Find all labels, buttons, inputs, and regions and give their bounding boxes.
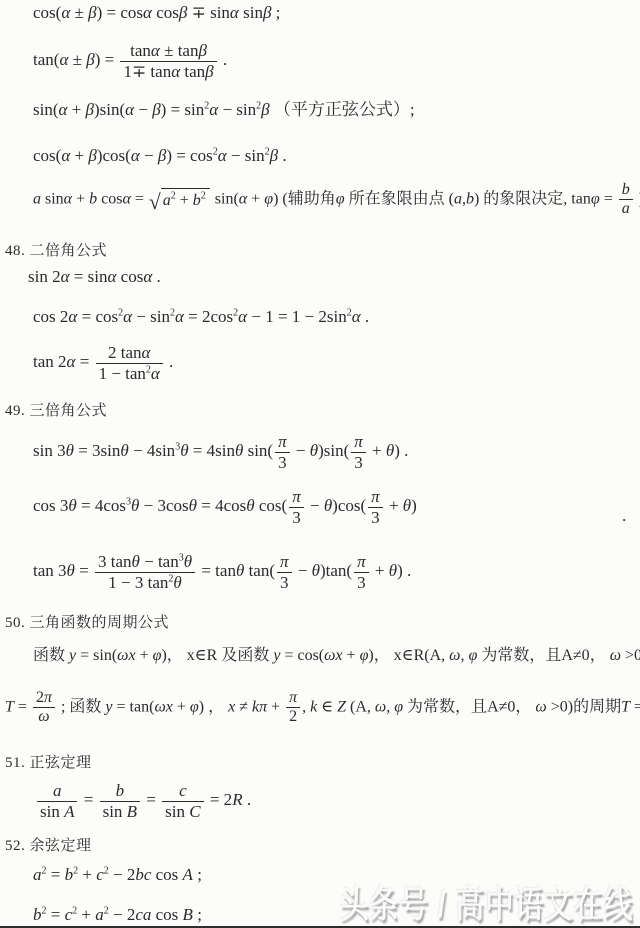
formula-tan-sum-diff: tan(α ± β) = tanα ± tanβ1∓ tanα tanβ . [33,41,227,81]
formula-sine-rule: asin A = bsin B = csin C = 2R . [35,781,251,821]
fraction: 3 tanθ − tan3θ1 − 3 tan2θ [95,552,195,592]
formula-sin-3t: sin 3θ = 3sinθ − 4sin3θ = 4sinθ sin(π3 −… [33,432,408,472]
fraction: π2 [286,689,300,727]
formula-cosine-rule-b: b2 = c2 + a2 − 2ca cos B ; [33,904,202,926]
fraction: bsin B [100,781,140,821]
heading-49-triple-angle: 49. 三倍角公式 [5,400,107,422]
watermark: 头条号 / 高中语文在线 [340,874,633,928]
heading-51-sine-rule: 51. 正弦定理 [5,752,92,774]
fraction: ba [619,181,633,219]
superscript: 2 [201,191,206,202]
fraction: asin A [37,781,77,821]
fraction: π3 [275,432,290,472]
formula-tan-3t: tan 3θ = 3 tanθ − tan3θ1 − 3 tan2θ = tan… [33,552,411,592]
heading-52-cosine-rule: 52. 余弦定理 [5,835,92,857]
trailing-period-cos-3t: . [622,505,626,527]
document-page: cos(α ± β) = cosα cosβ ∓ sinα sinβ ;tan(… [0,0,640,928]
radical-icon: √ [149,192,161,214]
square-root: √a2 + b2 [149,188,210,212]
formula-tan-2a: tan 2α = 2 tanα1 − tan2α . [33,343,173,383]
fraction: π3 [277,552,292,592]
heading-50-period-formulas: 50. 三角函数的周期公式 [5,612,169,634]
fraction: 2πω [33,689,55,727]
fraction: 2 tanα1 − tan2α [96,343,163,383]
fraction: π3 [354,552,369,592]
formula-cos-2a: cos 2α = cos2α − sin2α = 2cos2α − 1 = 1 … [33,306,369,328]
formula-auxiliary-angle: a sinα + b cosα = √a2 + b2 sin(α + φ) (辅… [33,181,640,219]
fraction: π3 [289,487,304,527]
heading-48-double-angle: 48. 二倍角公式 [5,240,107,262]
formula-sin-product: sin(α + β)sin(α − β) = sin2α − sin2β （平方… [33,99,415,121]
fraction: csin C [162,781,203,821]
fraction: tanα ± tanβ1∓ tanα tanβ [120,41,216,81]
fraction: π3 [351,432,366,472]
fraction: π3 [368,487,383,527]
formula-cos-sum-diff: cos(α ± β) = cosα cosβ ∓ sinα sinβ ; [33,2,280,24]
formula-sin-2a: sin 2α = sinα cosα . [28,266,161,288]
formula-period-sin-cos: 函数 y = sin(ωx + φ)， x∈R 及函数 y = cos(ωx +… [33,645,640,667]
formula-cosine-rule-a: a2 = b2 + c2 − 2bc cos A ; [33,864,202,886]
formula-cos-3t: cos 3θ = 4cos3θ − 3cosθ = 4cosθ cos(π3 −… [33,487,417,527]
formula-period-tan: T = 2πω ; 函数 y = tan(ωx + φ) ， x ≠ kπ + … [5,689,640,727]
formula-cos-product: cos(α + β)cos(α − β) = cos2α − sin2β . [33,145,287,167]
